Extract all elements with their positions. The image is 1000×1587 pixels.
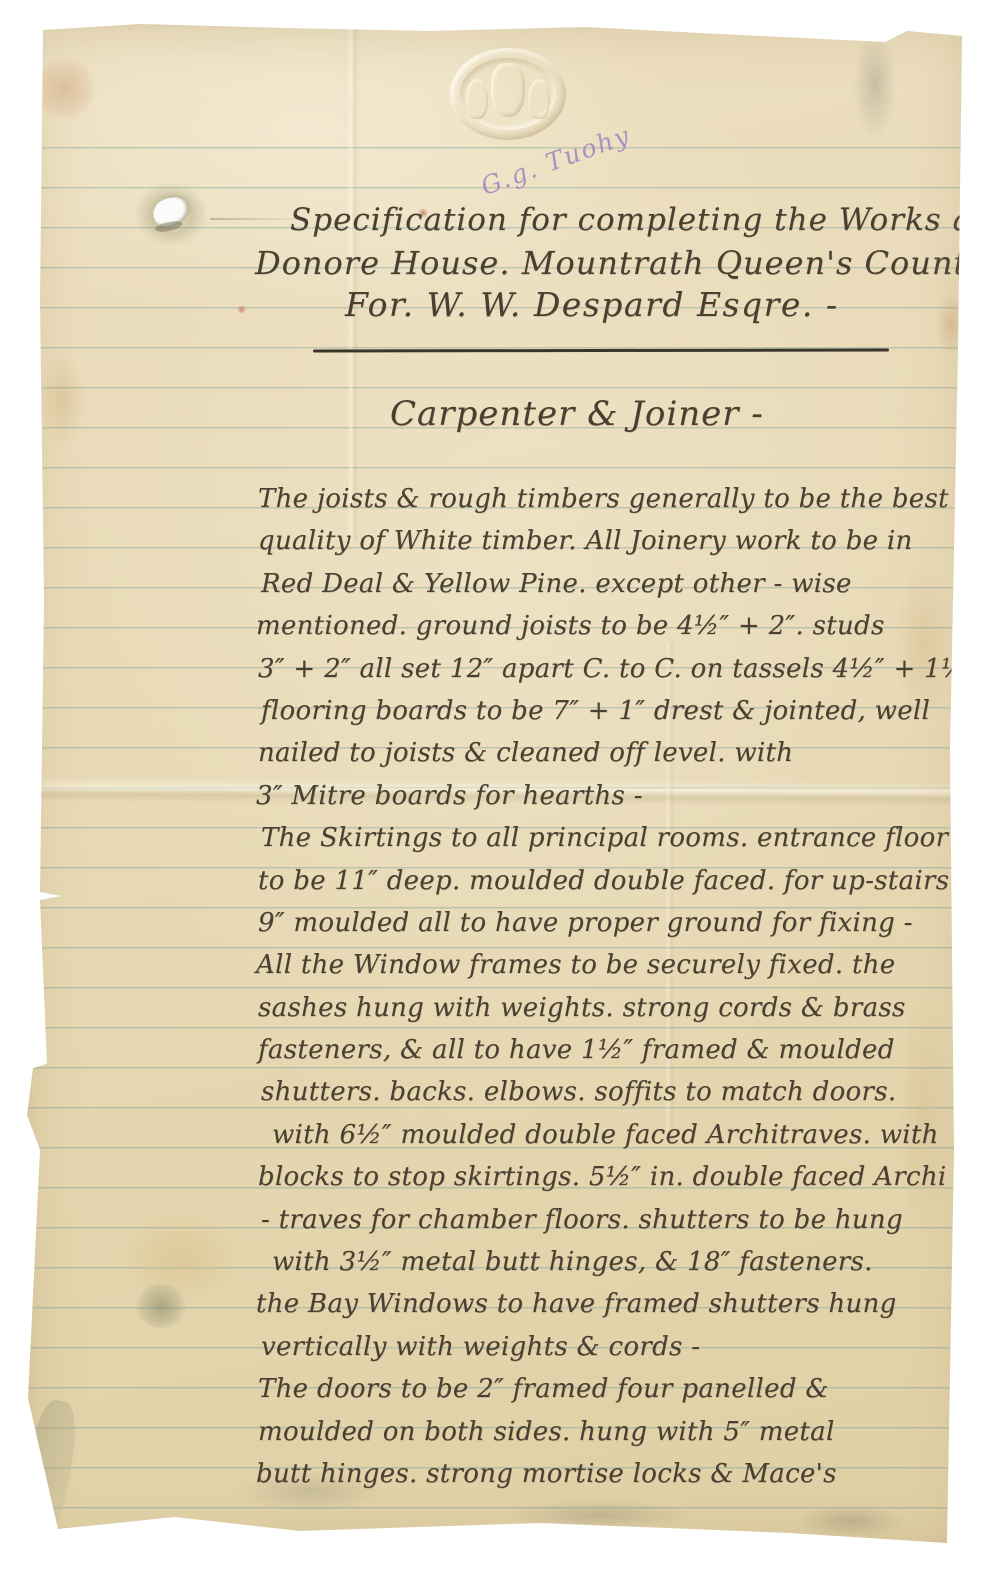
body-line: with 3½″ metal butt hinges, & 18″ fasten…: [272, 1241, 958, 1283]
punch-hole: [137, 184, 205, 244]
body-line: The joists & rough timbers generally to …: [258, 478, 958, 520]
document-page: G.g. Tuohy Specification for completing …: [25, 22, 970, 1548]
body-line: All the Window frames to be securely fix…: [256, 944, 958, 986]
body-line: The Skirtings to all principal rooms. en…: [261, 817, 958, 859]
pencil-annotation: G.g. Tuohy: [477, 120, 634, 201]
body-line: mentioned. ground joists to be 4½″ + 2″.…: [256, 605, 958, 647]
body-line: Red Deal & Yellow Pine. except other - w…: [261, 563, 958, 605]
section-heading: Carpenter & Joiner -: [390, 394, 764, 434]
stain: [795, 1504, 905, 1538]
body-line: flooring boards to be 7″ + 1″ drest & jo…: [261, 690, 958, 732]
stain: [853, 28, 897, 140]
body-line: to be 11″ deep. moulded double faced. fo…: [258, 860, 958, 902]
body-line: 9″ moulded all to have proper ground for…: [258, 902, 958, 944]
body-line: the Bay Windows to have framed shutters …: [256, 1283, 958, 1325]
stain: [33, 58, 97, 120]
title-line-3: For. W. W. Despard Esqre. -: [345, 285, 839, 324]
body-line: quality of White timber. All Joinery wor…: [258, 520, 958, 562]
title-line-1: Specification for completing the Works a…: [290, 202, 986, 238]
body-line: 3″ Mitre boards for hearths -: [256, 775, 958, 817]
body-line: shutters. backs. elbows. soffits to matc…: [261, 1071, 958, 1113]
stain: [135, 1284, 187, 1328]
seal-inner-oval: [460, 58, 556, 130]
body-line: blocks to stop skirtings. 5½″ in. double…: [258, 1156, 958, 1198]
body-line: The doors to be 2″ framed four panelled …: [258, 1368, 958, 1410]
body-line: vertically with weights & cords -: [261, 1326, 958, 1368]
body-line: fasteners, & all to have 1½″ framed & mo…: [258, 1029, 958, 1071]
seal-crest: [491, 63, 525, 117]
stain: [120, 1212, 240, 1302]
title-underline: [313, 348, 889, 352]
title-line-2: Donore House. Mountrath Queen's County -: [255, 244, 1000, 282]
body-line: - traves for chamber floors. shutters to…: [261, 1199, 958, 1241]
body-line: butt hinges. strong mortise locks & Mace…: [256, 1453, 958, 1495]
body-line: moulded on both sides. hung with 5″ meta…: [258, 1411, 958, 1453]
seal-supporter-left: [466, 79, 488, 119]
stain: [39, 352, 85, 448]
seal-supporter-right: [528, 79, 550, 119]
stain: [237, 305, 246, 314]
body-text: The joists & rough timbers generally to …: [258, 478, 958, 1495]
stain: [505, 1500, 695, 1530]
punch-hole-opening: [150, 193, 193, 231]
body-line: 3″ + 2″ all set 12″ apart C. to C. on ta…: [258, 648, 958, 690]
punch-hole-shadow: [154, 219, 183, 234]
scanned-document-canvas: G.g. Tuohy Specification for completing …: [0, 0, 1000, 1587]
royal-coat-of-arms-seal-icon: [450, 48, 566, 140]
torn-edge-smudge: [19, 1398, 81, 1537]
body-line: nailed to joists & cleaned off level. wi…: [258, 732, 958, 774]
stain: [937, 292, 965, 356]
body-line: sashes hung with weights. strong cords &…: [258, 987, 958, 1029]
vertical-crease: [347, 22, 359, 542]
body-line: with 6½″ moulded double faced Architrave…: [272, 1114, 958, 1156]
